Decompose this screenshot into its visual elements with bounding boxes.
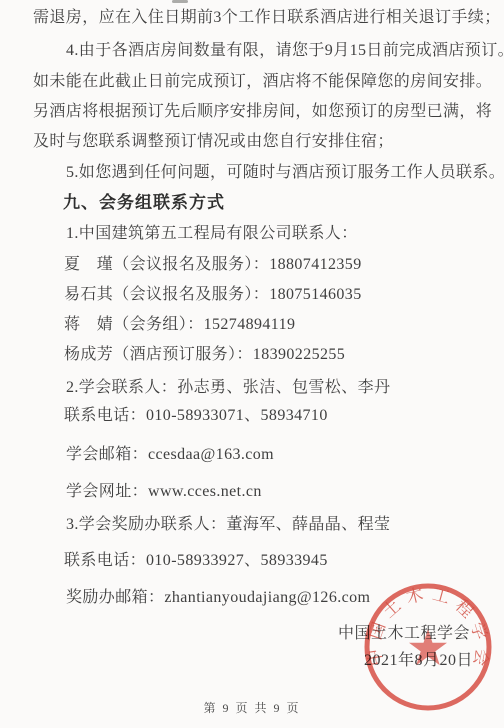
paragraph-line: 及时与您联系调整预订情况或由您自行安排住宿； (33, 132, 394, 152)
seal-arc-text: 中国土木工程学会 (364, 585, 491, 670)
contact-line: 夏 瑾（会议报名及服务）：18807412359 (64, 255, 362, 275)
section-heading: 九、会务组联系方式 (63, 193, 225, 213)
paragraph-line: 另酒店将根据预订先后顺序安排房间，如您预订的房型已满，将 (33, 102, 492, 122)
paragraph-line: 如未能在此截止日前完成预订，酒店将不能保障您的房间安排。 (33, 72, 492, 92)
contact-website-line: 学会网址：www.cces.net.cn (66, 482, 262, 502)
contact-line: 杨成芳（酒店预订服务）：18390225255 (64, 345, 345, 365)
document-page: 需退房，应在入住日期前3个工作日联系酒店进行相关退订手续； 4.由于各酒店房间数… (0, 0, 504, 728)
contact-phone-line: 联系电话：010-58933071、58934710 (64, 406, 328, 426)
contact-group-title: 3.学会奖励办联系人：董海军、薛晶晶、程莹 (66, 515, 390, 535)
contact-line: 易石其（会议报名及服务）：18075146035 (64, 285, 362, 305)
seal-star-icon (409, 629, 447, 665)
contact-email-line: 学会邮箱：ccesdaa@163.com (66, 445, 274, 465)
paragraph-line: 5.如您遇到任何问题，可随时与酒店预订服务工作人员联系。 (66, 163, 504, 183)
scan-artifact (172, 0, 188, 3)
contact-phone-line: 联系电话：010-58933927、58933945 (64, 551, 328, 571)
contact-line: 蒋 婧（会务组）：15274894119 (64, 315, 295, 335)
contact-email-line: 奖励办邮箱：zhantianyoudajiang@126.com (66, 588, 370, 608)
svg-text:中国土木工程学会: 中国土木工程学会 (364, 585, 491, 670)
paragraph-line: 需退房，应在入住日期前3个工作日联系酒店进行相关退订手续； (33, 8, 501, 28)
contact-group-title: 2.学会联系人：孙志勇、张洁、包雪松、李丹 (66, 378, 390, 398)
paragraph-line: 4.由于各酒店房间数量有限，请您于9月15日前完成酒店预订。 (66, 41, 504, 61)
contact-group-title: 1.中国建筑第五工程局有限公司联系人： (66, 224, 358, 244)
page-number-footer: 第 9 页 共 9 页 (0, 699, 504, 716)
